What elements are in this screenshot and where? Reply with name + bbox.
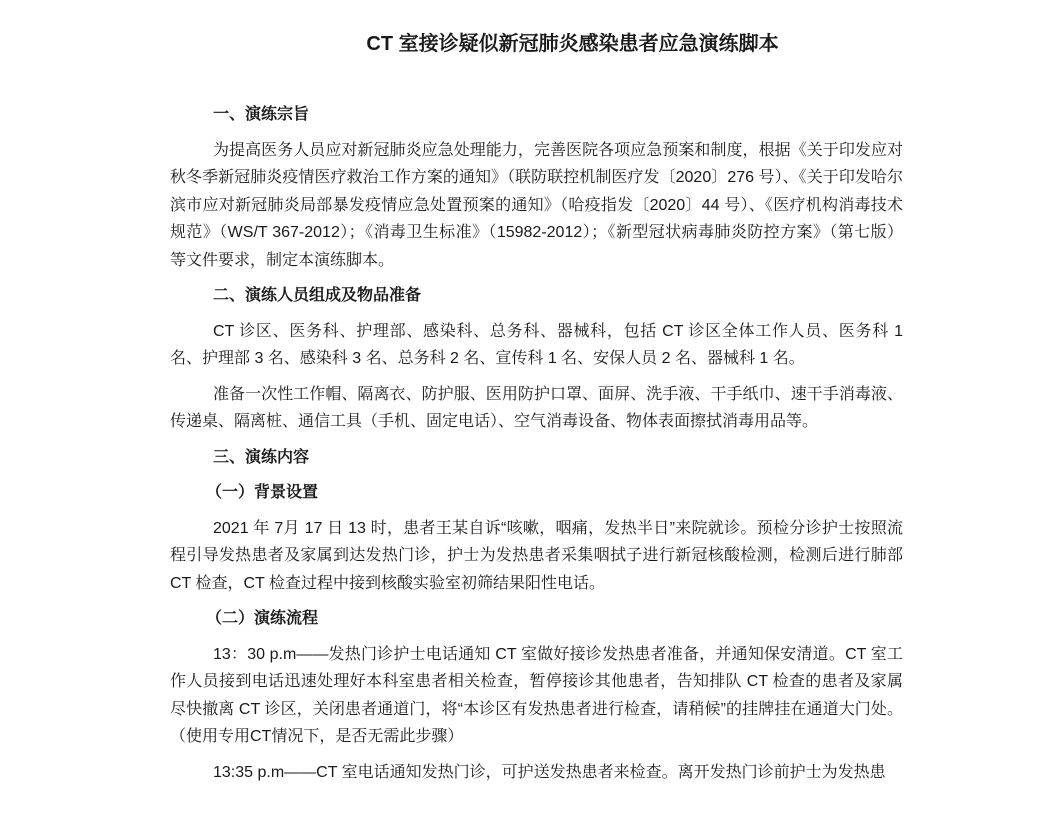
section-heading: 三、演练内容 [170, 444, 903, 472]
paragraph: 准备一次性工作帽、隔离衣、防护服、医用防护口罩、面屏、洗手液、干手纸巾、速干手消… [170, 381, 903, 436]
document-page: CT 室接诊疑似新冠肺炎感染患者应急演练脚本 一、演练宗旨为提高医务人员应对新冠… [0, 0, 1056, 816]
document-body: 一、演练宗旨为提高医务人员应对新冠肺炎应急处理能力，完善医院各项应急预案和制度，… [170, 101, 903, 786]
document-title: CT 室接诊疑似新冠肺炎感染患者应急演练脚本 [170, 30, 903, 58]
sub-heading: （一）背景设置 [170, 479, 903, 507]
paragraph: 为提高医务人员应对新冠肺炎应急处理能力，完善医院各项应急预案和制度，根据《关于印… [170, 137, 903, 275]
paragraph: 2021 年 7月 17 日 13 时，患者王某自诉“咳嗽，咽痛，发热半日”来院… [170, 515, 903, 598]
document-content: CT 室接诊疑似新冠肺炎感染患者应急演练脚本 一、演练宗旨为提高医务人员应对新冠… [170, 30, 903, 794]
paragraph: 13:35 p.m——CT 室电话通知发热门诊，可护送发热患者来检查。离开发热门… [170, 759, 903, 787]
section-heading: 一、演练宗旨 [170, 101, 903, 129]
paragraph: 13：30 p.m——发热门诊护士电话通知 CT 室做好接诊发热患者准备，并通知… [170, 641, 903, 751]
sub-heading: （二）演练流程 [170, 605, 903, 633]
section-heading: 二、演练人员组成及物品准备 [170, 282, 903, 310]
paragraph: CT 诊区、医务科、护理部、感染科、总务科、器械科，包括 CT 诊区全体工作人员… [170, 318, 903, 373]
